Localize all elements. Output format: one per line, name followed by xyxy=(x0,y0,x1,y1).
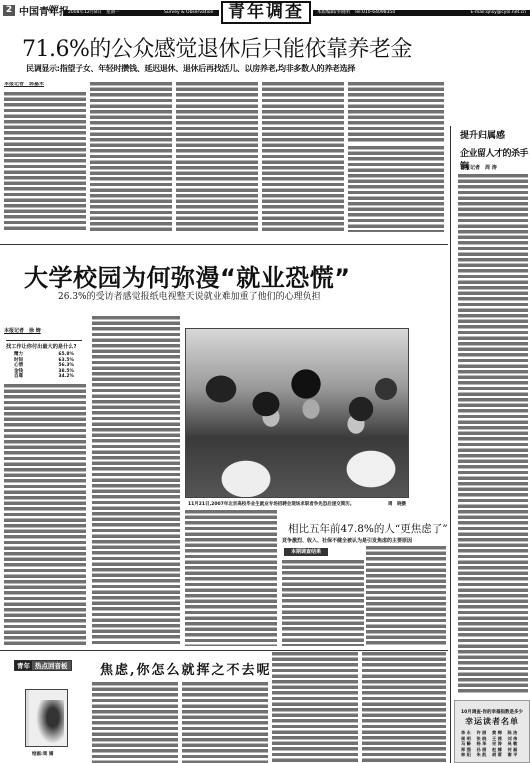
winners-title: 幸运读者名单 xyxy=(455,716,529,727)
text-block xyxy=(4,384,86,646)
article1-column-1: 本报记者 郭嘉禾 xyxy=(4,82,86,232)
survey-results-table: 精力65.8% 时间63.5% 心情56.3% 金钱38.5% 自尊34.2% xyxy=(14,352,74,380)
text-block xyxy=(272,652,358,763)
section-english: Survey & Observation xyxy=(164,10,213,16)
survey-value: 34.2% xyxy=(58,374,74,380)
column-text-2 xyxy=(182,682,268,763)
article2-column-3 xyxy=(185,510,277,646)
text-block xyxy=(458,174,528,694)
sidebar-headline-line1: 提升归属感 xyxy=(460,128,505,141)
winner-name: 谢 平 xyxy=(508,752,524,758)
text-block xyxy=(348,82,444,142)
article3-subheadline: 竞争激烈、收入、社保不健全被认为是引发焦虑的主要原因 xyxy=(282,537,412,544)
article3-column-2 xyxy=(366,546,446,646)
article2-column-1 xyxy=(4,384,86,646)
contact-email: E-mail:qnsy@cyol.net.cn xyxy=(470,10,526,16)
survey-label: 自尊 xyxy=(14,374,23,380)
column-headline: 焦虑,你怎么就挥之不去呢 xyxy=(100,659,272,678)
lucky-readers-box: 10月调查·你的幸福指数是多少 幸运读者名单 李 永 许 丽 黄 梅 陈 洁 周… xyxy=(454,700,530,763)
text-block xyxy=(92,316,180,646)
illustration-credit: 绘画:周 婧 xyxy=(32,751,53,757)
text-block xyxy=(366,546,446,646)
column-tag-badge: 青年 xyxy=(15,661,32,670)
issue-date: 2008年12月8日 星期一 xyxy=(68,10,120,15)
sidebar-divider xyxy=(450,126,451,763)
winners-intro: 10月调查·你的幸福指数是多少 xyxy=(455,709,529,715)
article2-byline: 本报记者 徐 铸 xyxy=(4,327,41,334)
text-block xyxy=(348,146,444,232)
text-block xyxy=(282,560,364,646)
survey-results-tag: 本期调查结果 xyxy=(284,548,328,556)
section-divider xyxy=(0,244,448,245)
article1-text-block xyxy=(4,92,86,232)
article1-column-2 xyxy=(90,82,172,232)
column-illustration xyxy=(25,689,68,747)
column-text-1 xyxy=(92,682,178,763)
text-block xyxy=(262,82,344,232)
newspaper-logo: 中国青年报 xyxy=(19,3,69,18)
article1-headline: 71.6%的公众感觉退休后只能依靠养老金 xyxy=(22,32,412,63)
section-divider xyxy=(0,650,448,651)
header-contact-bar: 本版编辑/李晓明 Tel:010-64098354 E-mail:qnsy@cy… xyxy=(313,10,530,16)
text-block xyxy=(185,510,277,646)
text-block xyxy=(362,652,446,763)
winner-name: 胡 蓉 xyxy=(492,752,508,758)
survey-row: 自尊34.2% xyxy=(14,374,74,380)
column-tag-label: 热点回音板 xyxy=(32,661,71,670)
winner-name: 朱 凯 xyxy=(477,752,493,758)
article2-column-2 xyxy=(92,316,180,646)
header-date-bar: 2008年12月8日 星期一 Survey & Observation xyxy=(64,10,219,16)
text-block xyxy=(182,682,268,763)
photo-credit: 周 晓摄 xyxy=(388,501,406,507)
text-block xyxy=(176,82,258,232)
article3-headline: 相比五年前47.8%的人“更焦虑了” xyxy=(288,521,448,536)
article2-subheadline: 26.3%的受访者感觉报纸电视整天说就业难加重了他们的心理负担 xyxy=(58,289,321,302)
winners-list: 李 永 许 丽 黄 梅 陈 洁 周 明 张 晓 王 茜 刘 伟 马 静 杨 华 … xyxy=(455,727,529,761)
column-tag: 青年 热点回音板 xyxy=(14,660,72,671)
article1-column-4 xyxy=(262,82,344,232)
article1-column-5 xyxy=(348,82,444,142)
article1-column-5b xyxy=(348,146,444,232)
article1-byline: 本报记者 郭嘉禾 xyxy=(4,82,86,88)
article2-headline: 大学校园为何弥漫“就业恐慌” xyxy=(24,258,351,293)
column-text-4 xyxy=(362,652,446,763)
page-header: 2 中国青年报 ///// 2008年12月8日 星期一 Survey & Ob… xyxy=(0,0,530,26)
winner-name: 林 阳 xyxy=(461,752,477,758)
article1-column-3 xyxy=(176,82,258,232)
header-decoration: ///// xyxy=(48,4,58,13)
article1-subheadline: 民调显示:指望子女、年轻时攒钱、延迟退休、退休后再找活儿、以房养老,均非多数人的… xyxy=(26,63,355,74)
job-fair-photo xyxy=(185,328,409,498)
section-title: 青年调查 xyxy=(221,1,311,24)
sidebar-text xyxy=(458,174,528,694)
photo-caption: 11月21日,2007年北京高校毕业生就业专场招聘会现场求职者争先恐后递交简历。 xyxy=(188,501,354,507)
article3-column-1 xyxy=(282,560,364,646)
editor-info: 本版编辑/李晓明 Tel:010-64098354 xyxy=(317,10,395,15)
text-block xyxy=(92,682,178,763)
text-block xyxy=(90,82,172,232)
survey-question: 找工作让你付出最大的是什么? xyxy=(6,340,82,350)
sidebar-byline: 本报记者 周 涛 xyxy=(460,164,497,171)
page-number: 2 xyxy=(3,5,15,16)
column-text-3 xyxy=(272,652,358,763)
